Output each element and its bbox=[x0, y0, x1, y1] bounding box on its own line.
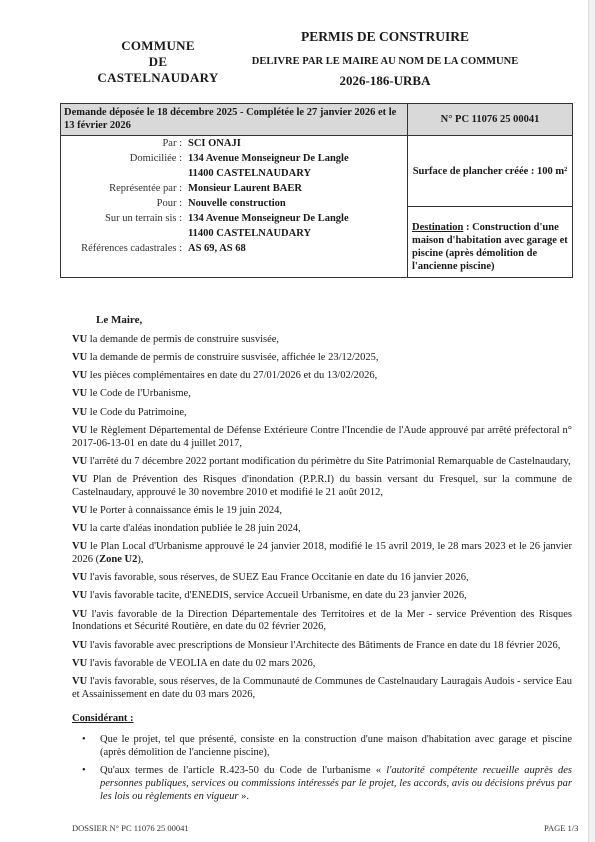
vu-item: VU l'avis favorable avec prescriptions d… bbox=[72, 640, 572, 653]
vu-item: VU la demande de permis de construire su… bbox=[72, 334, 572, 347]
row-label: Représentée par : bbox=[61, 181, 185, 196]
row-value: 134 Avenue Monseigneur De Langle bbox=[185, 151, 407, 166]
vu-item: VU le Porter à connaissance émis le 19 j… bbox=[72, 505, 572, 518]
vu-item: VU l'arrêté du 7 décembre 2022 portant m… bbox=[72, 456, 572, 469]
commune-header: COMMUNE DE CASTELNAUDARY bbox=[88, 38, 228, 86]
applicant-row: Pour :Nouvelle construction bbox=[61, 196, 407, 211]
vu-prefix: VU bbox=[72, 425, 87, 436]
vu-text: l'avis favorable, sous réserves, de SUEZ… bbox=[87, 572, 469, 583]
vu-item: VU Plan de Prévention des Risques d'inon… bbox=[72, 474, 572, 500]
vu-text: l'avis favorable, sous réserves, de la C… bbox=[72, 676, 572, 700]
vu-text: la demande de permis de construire susvi… bbox=[87, 352, 378, 363]
footer-page-number: PAGE 1/3 bbox=[544, 823, 578, 833]
row-label: Domiciliée : bbox=[61, 151, 185, 166]
vu-emphasis: Zone U2 bbox=[99, 554, 137, 565]
vu-item: VU la carte d'aléas inondation publiée l… bbox=[72, 523, 572, 536]
vu-prefix: VU bbox=[72, 388, 87, 399]
row-value: Monsieur Laurent BAER bbox=[185, 181, 407, 196]
vu-text: le Règlement Départemental de Défense Ex… bbox=[72, 425, 572, 449]
permit-info-table: Demande déposée le 18 décembre 2025 - Co… bbox=[60, 103, 573, 278]
bullet-icon: • bbox=[82, 734, 86, 747]
vu-text: le Porter à connaissance émis le 19 juin… bbox=[87, 505, 282, 516]
vu-item: VU le Règlement Départemental de Défense… bbox=[72, 425, 572, 451]
commune-line: CASTELNAUDARY bbox=[88, 70, 228, 86]
vu-prefix: VU bbox=[72, 541, 87, 552]
row-label: Pour : bbox=[61, 196, 185, 211]
vu-prefix: VU bbox=[72, 609, 87, 620]
vu-item: VU l'avis favorable de VEOLIA en date du… bbox=[72, 658, 572, 671]
vu-text: la demande de permis de construire susvi… bbox=[87, 334, 279, 345]
vu-item: VU l'avis favorable de la Direction Dépa… bbox=[72, 609, 572, 635]
considerant-text: Que le projet, tel que présenté, consist… bbox=[100, 734, 572, 758]
applicant-rows: Par :SCI ONAJIDomiciliée :134 Avenue Mon… bbox=[61, 136, 407, 256]
vu-prefix: VU bbox=[72, 640, 87, 651]
vu-text: l'avis favorable de VEOLIA en date du 02… bbox=[87, 658, 315, 669]
surface-cell: Surface de plancher créée : 100 m² bbox=[408, 136, 573, 207]
vu-item: VU l'avis favorable, sous réserves, de S… bbox=[72, 572, 572, 585]
applicant-details: Par :SCI ONAJIDomiciliée :134 Avenue Mon… bbox=[61, 136, 408, 278]
row-value: AS 69, AS 68 bbox=[185, 241, 407, 256]
vu-prefix: VU bbox=[72, 370, 87, 381]
applicant-row: Références cadastrales :AS 69, AS 68 bbox=[61, 241, 407, 256]
applicant-row: Représentée par :Monsieur Laurent BAER bbox=[61, 181, 407, 196]
vu-text: l'avis favorable tacite, d'ENEDIS, servi… bbox=[87, 590, 467, 601]
row-value: SCI ONAJI bbox=[185, 136, 407, 151]
vu-prefix: VU bbox=[72, 474, 87, 485]
demande-cell: Demande déposée le 18 décembre 2025 - Co… bbox=[61, 104, 408, 136]
applicant-row: Domiciliée :134 Avenue Monseigneur De La… bbox=[61, 151, 407, 166]
vu-text: les pièces complémentaires en date du 27… bbox=[87, 370, 377, 381]
vu-prefix: VU bbox=[72, 523, 87, 534]
considerant-item: •Qu'aux termes de l'article R.423-50 du … bbox=[100, 765, 572, 803]
vu-text: le Code du Patrimoine, bbox=[87, 407, 186, 418]
vu-text: Plan de Prévention des Risques d'inondat… bbox=[72, 474, 572, 498]
vu-item: VU le Code du Patrimoine, bbox=[72, 407, 572, 420]
permit-number: N° PC 11076 25 00041 bbox=[408, 104, 573, 136]
vu-prefix: VU bbox=[72, 456, 87, 467]
commune-line: COMMUNE bbox=[88, 38, 228, 54]
document-subtitle: DELIVRE PAR LE MAIRE AU NOM DE LA COMMUN… bbox=[220, 55, 550, 68]
vu-text: le Plan Local d'Urbanisme approuvé le 24… bbox=[72, 541, 572, 565]
row-value: 11400 CASTELNAUDARY bbox=[185, 166, 407, 181]
applicant-row: Par :SCI ONAJI bbox=[61, 136, 407, 151]
vu-prefix: VU bbox=[72, 334, 87, 345]
destination-cell: Destination : Construction d'une maison … bbox=[408, 207, 573, 278]
vu-prefix: VU bbox=[72, 572, 87, 583]
vu-item: VU l'avis favorable, sous réserves, de l… bbox=[72, 676, 572, 702]
document-title: PERMIS DE CONSTRUIRE bbox=[220, 28, 550, 46]
row-value: 11400 CASTELNAUDARY bbox=[185, 226, 407, 241]
applicant-row: 11400 CASTELNAUDARY bbox=[61, 226, 407, 241]
vu-prefix: VU bbox=[72, 352, 87, 363]
row-value: 134 Avenue Monseigneur De Langle bbox=[185, 211, 407, 226]
footer-dossier: DOSSIER N° PC 11076 25 00041 bbox=[72, 823, 189, 833]
title-block: PERMIS DE CONSTRUIRE DELIVRE PAR LE MAIR… bbox=[220, 28, 550, 89]
row-label: Sur un terrain sis : bbox=[61, 211, 185, 226]
applicant-row: 11400 CASTELNAUDARY bbox=[61, 166, 407, 181]
document-reference: 2026-186-URBA bbox=[220, 73, 550, 89]
applicant-row: Sur un terrain sis :134 Avenue Monseigne… bbox=[61, 211, 407, 226]
vu-prefix: VU bbox=[72, 407, 87, 418]
row-label bbox=[61, 166, 185, 181]
vu-item: VU le Plan Local d'Urbanisme approuvé le… bbox=[72, 541, 572, 567]
vu-text: l'avis favorable de la Direction Départe… bbox=[72, 609, 572, 633]
commune-line: DE bbox=[88, 54, 228, 70]
vu-prefix: VU bbox=[72, 658, 87, 669]
vu-text: l'arrêté du 7 décembre 2022 portant modi… bbox=[87, 456, 570, 467]
vu-prefix: VU bbox=[72, 505, 87, 516]
vu-prefix: VU bbox=[72, 676, 87, 687]
row-label: Par : bbox=[61, 136, 185, 151]
considerant-text: Qu'aux termes de l'article R.423-50 du C… bbox=[100, 765, 386, 776]
considerant-list: •Que le projet, tel que présenté, consis… bbox=[72, 734, 572, 803]
destination-label: Destination bbox=[412, 222, 463, 233]
vu-prefix: VU bbox=[72, 590, 87, 601]
maire-heading: Le Maire, bbox=[96, 314, 572, 327]
row-label: Références cadastrales : bbox=[61, 241, 185, 256]
vu-text-after: ), bbox=[137, 554, 143, 565]
vu-item: VU la demande de permis de construire su… bbox=[72, 352, 572, 365]
considerant-item: •Que le projet, tel que présenté, consis… bbox=[100, 734, 572, 760]
vu-item: VU le Code de l'Urbanisme, bbox=[72, 388, 572, 401]
considerant-heading: Considérant : bbox=[72, 713, 572, 726]
row-label bbox=[61, 226, 185, 241]
document-body: Le Maire, VU la demande de permis de con… bbox=[72, 314, 572, 808]
vu-list: VU la demande de permis de construire su… bbox=[72, 334, 572, 702]
scrollbar-edge bbox=[588, 0, 595, 842]
row-value: Nouvelle construction bbox=[185, 196, 407, 211]
vu-item: VU l'avis favorable tacite, d'ENEDIS, se… bbox=[72, 590, 572, 603]
bullet-icon: • bbox=[82, 765, 86, 778]
vu-text: l'avis favorable avec prescriptions de M… bbox=[87, 640, 560, 651]
vu-text: le Code de l'Urbanisme, bbox=[87, 388, 191, 399]
vu-item: VU les pièces complémentaires en date du… bbox=[72, 370, 572, 383]
vu-text: la carte d'aléas inondation publiée le 2… bbox=[87, 523, 301, 534]
considerant-text-after: ». bbox=[239, 791, 250, 802]
